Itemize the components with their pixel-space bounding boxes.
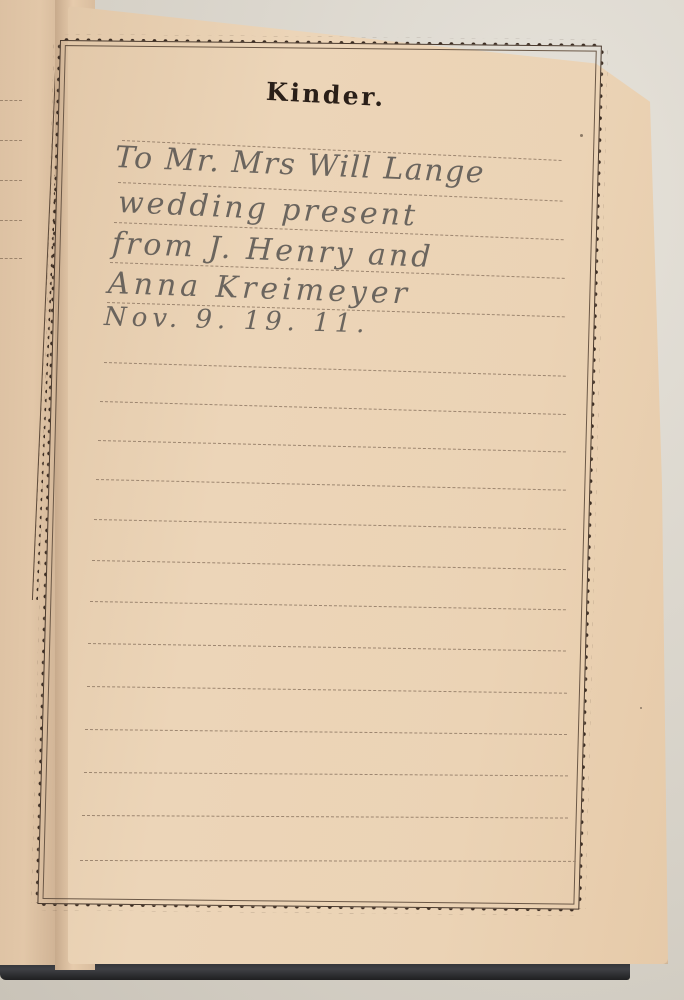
ruled-line xyxy=(96,479,566,491)
ruled-line xyxy=(104,362,566,377)
ruled-line xyxy=(90,601,566,610)
ruled-line xyxy=(94,519,566,530)
paper-speck xyxy=(640,707,642,709)
ruled-line xyxy=(88,643,566,652)
ruled-line xyxy=(92,560,566,570)
ruled-line xyxy=(82,815,568,819)
ruled-line xyxy=(87,686,567,694)
ruled-line xyxy=(84,772,568,776)
ruled-line xyxy=(100,401,566,415)
paper-speck xyxy=(580,134,583,137)
ruled-line xyxy=(85,729,567,735)
ruled-line xyxy=(80,860,576,862)
ruled-line xyxy=(98,440,566,452)
